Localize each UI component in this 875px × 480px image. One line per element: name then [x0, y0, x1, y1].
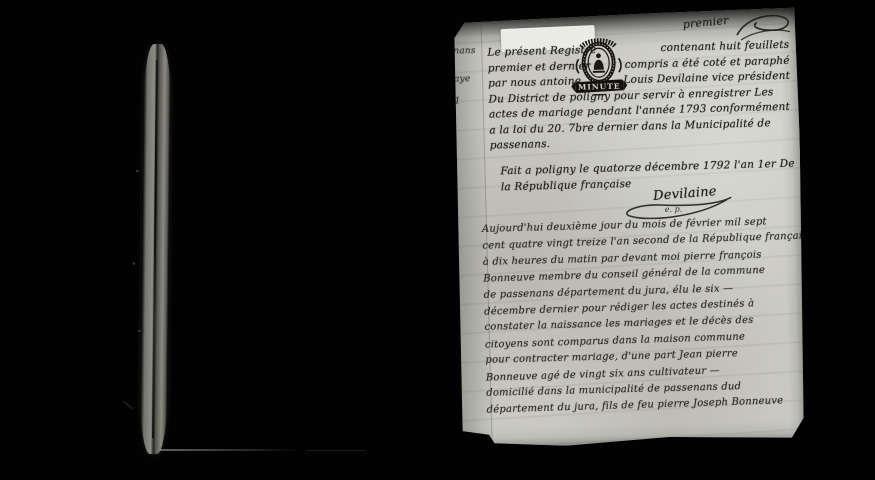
archival-scan-viewport: nans aye 1 premier MINUTE Le prés: [0, 0, 875, 480]
dust-fleck: [138, 330, 141, 332]
scratch-mark: [122, 400, 134, 410]
manuscript-page: nans aye 1 premier MINUTE Le prés: [450, 8, 807, 449]
dateline: Fait a poligny le quatorze décembre 1792…: [500, 156, 791, 196]
note-line: par nous antoine: [488, 74, 581, 92]
margin-fragment: 1: [454, 96, 460, 106]
paraph-initials: e. p.: [665, 205, 683, 214]
book-bottom-edge-highlight: [160, 449, 298, 451]
dust-fleck: [136, 170, 139, 172]
register-note: Le présent Registre contenant huit feuil…: [487, 38, 792, 154]
margin-fragment: aye: [454, 74, 471, 84]
margin-fragment: nans: [453, 46, 476, 57]
marriage-act-text: Aujourd'hui deuxième jour du mois de fév…: [482, 214, 797, 419]
dust-fleck: [133, 262, 135, 265]
book-bottom-edge-highlight-2: [306, 450, 366, 451]
book-spine-edge: [140, 44, 171, 454]
folio-label: premier: [682, 14, 729, 31]
